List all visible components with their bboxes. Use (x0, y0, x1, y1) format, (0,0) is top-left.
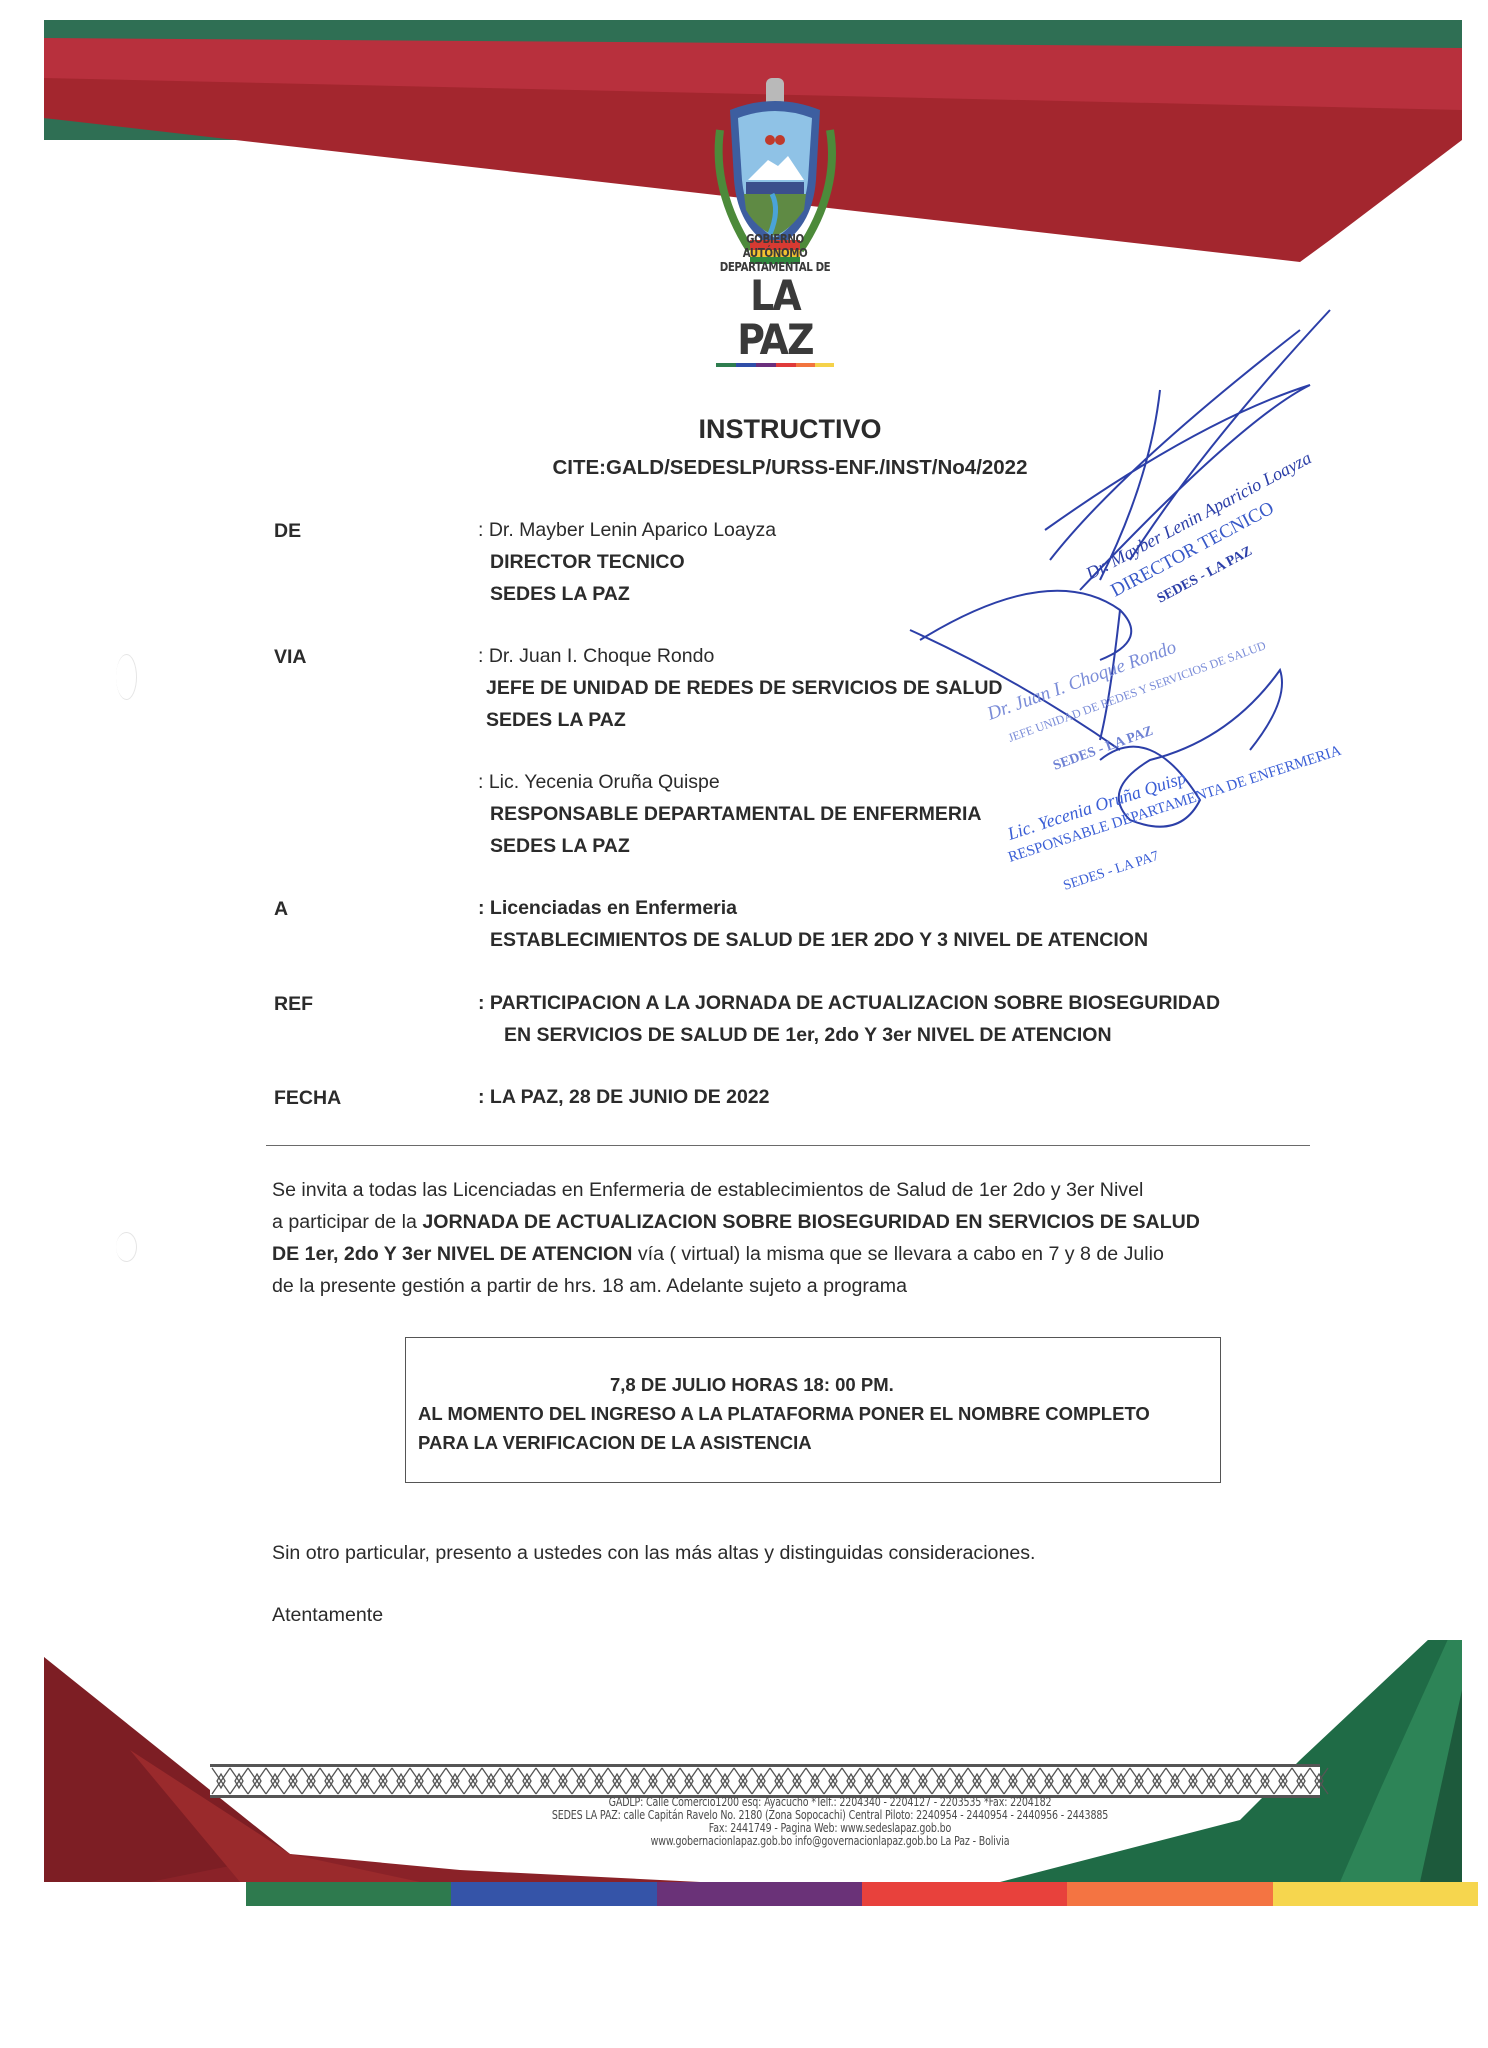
notice-line-3: PARA LA VERIFICACION DE LA ASISTENCIA (418, 1432, 812, 1454)
sign-off: Atentamente (272, 1604, 383, 1627)
body-line-2: a participar de la JORNADA DE ACTUALIZAC… (272, 1206, 1312, 1238)
field-label-fecha: FECHA (274, 1087, 341, 1110)
field-de: : Dr. Mayber Lenin Aparico Loayza DIRECT… (478, 514, 776, 610)
footer-line-4: www.gobernacionlapaz.gob.bo info@governa… (440, 1835, 1220, 1848)
body-text: a participar de la (272, 1211, 422, 1233)
field-label-ref: REF (274, 993, 313, 1016)
de-org: SEDES LA PAZ (478, 578, 776, 610)
color-stripe-segment (862, 1882, 1067, 1906)
de-role: DIRECTOR TECNICO (478, 546, 776, 578)
field-label-de: DE (274, 520, 301, 543)
color-stripe-segment (657, 1882, 862, 1906)
signature-stamps: Dr. Mayber Lenin Aparicio Loayza DIRECTO… (880, 290, 1360, 910)
body-line-4: de la presente gestión a partir de hrs. … (272, 1270, 1312, 1302)
stamp-3-org: SEDES - LA PA7 (1062, 849, 1161, 894)
a-line-2: ESTABLECIMIENTOS DE SALUD DE 1ER 2DO Y 3… (478, 924, 1148, 956)
closing-text: Sin otro particular, presento a ustedes … (272, 1542, 1036, 1565)
divider (266, 1145, 1310, 1146)
punch-hole (116, 654, 137, 700)
field-fecha: : LA PAZ, 28 DE JUNIO DE 2022 (478, 1081, 770, 1113)
notice-box: 7,8 DE JULIO HORAS 18: 00 PM. AL MOMENTO… (405, 1337, 1221, 1483)
de-name: : Dr. Mayber Lenin Aparico Loayza (478, 514, 776, 546)
notice-line-2: AL MOMENTO DEL INGRESO A LA PLATAFORMA P… (418, 1403, 1150, 1425)
logo-text: GOBIERNO AUTÓNOMO DEPARTAMENTAL DE LA PA… (700, 232, 850, 367)
body-paragraph: Se invita a todas las Licenciadas en Enf… (272, 1174, 1312, 1302)
logo-la-paz: LA PAZ (708, 274, 843, 362)
color-stripe-segment (246, 1882, 451, 1906)
field-ref: : PARTICIPACION A LA JORNADA DE ACTUALIZ… (478, 987, 1220, 1051)
stamp-1-name: Dr. Mayber Lenin Aparicio Loayza (1082, 447, 1315, 584)
notice-line-1: 7,8 DE JULIO HORAS 18: 00 PM. (610, 1374, 894, 1396)
field-label-a: A (274, 898, 288, 921)
field-label-via: VIA (274, 646, 307, 669)
color-stripe-segment (1273, 1882, 1478, 1906)
ref-line-1: : PARTICIPACION A LA JORNADA DE ACTUALIZ… (478, 987, 1220, 1019)
logo-line-1: GOBIERNO AUTÓNOMO (714, 232, 837, 260)
footer-color-bar (246, 1882, 1478, 1906)
color-stripe-segment (451, 1882, 656, 1906)
body-emphasis: DE 1er, 2do Y 3er NIVEL DE ATENCION (272, 1243, 632, 1265)
body-line-1: Se invita a todas las Licenciadas en Enf… (272, 1174, 1312, 1206)
color-stripe-segment (1067, 1882, 1272, 1906)
body-line-3: DE 1er, 2do Y 3er NIVEL DE ATENCION vía … (272, 1238, 1312, 1270)
body-text: vía ( virtual) la misma que se llevara a… (632, 1243, 1163, 1265)
punch-hole (116, 1232, 137, 1262)
ref-line-2: EN SERVICIOS DE SALUD DE 1er, 2do Y 3er … (478, 1019, 1220, 1051)
body-emphasis: JORNADA DE ACTUALIZACION SOBRE BIOSEGURI… (422, 1211, 1200, 1233)
footer-contact: GADLP: Calle Comercio1200 esq: Ayacucho … (440, 1796, 1220, 1848)
